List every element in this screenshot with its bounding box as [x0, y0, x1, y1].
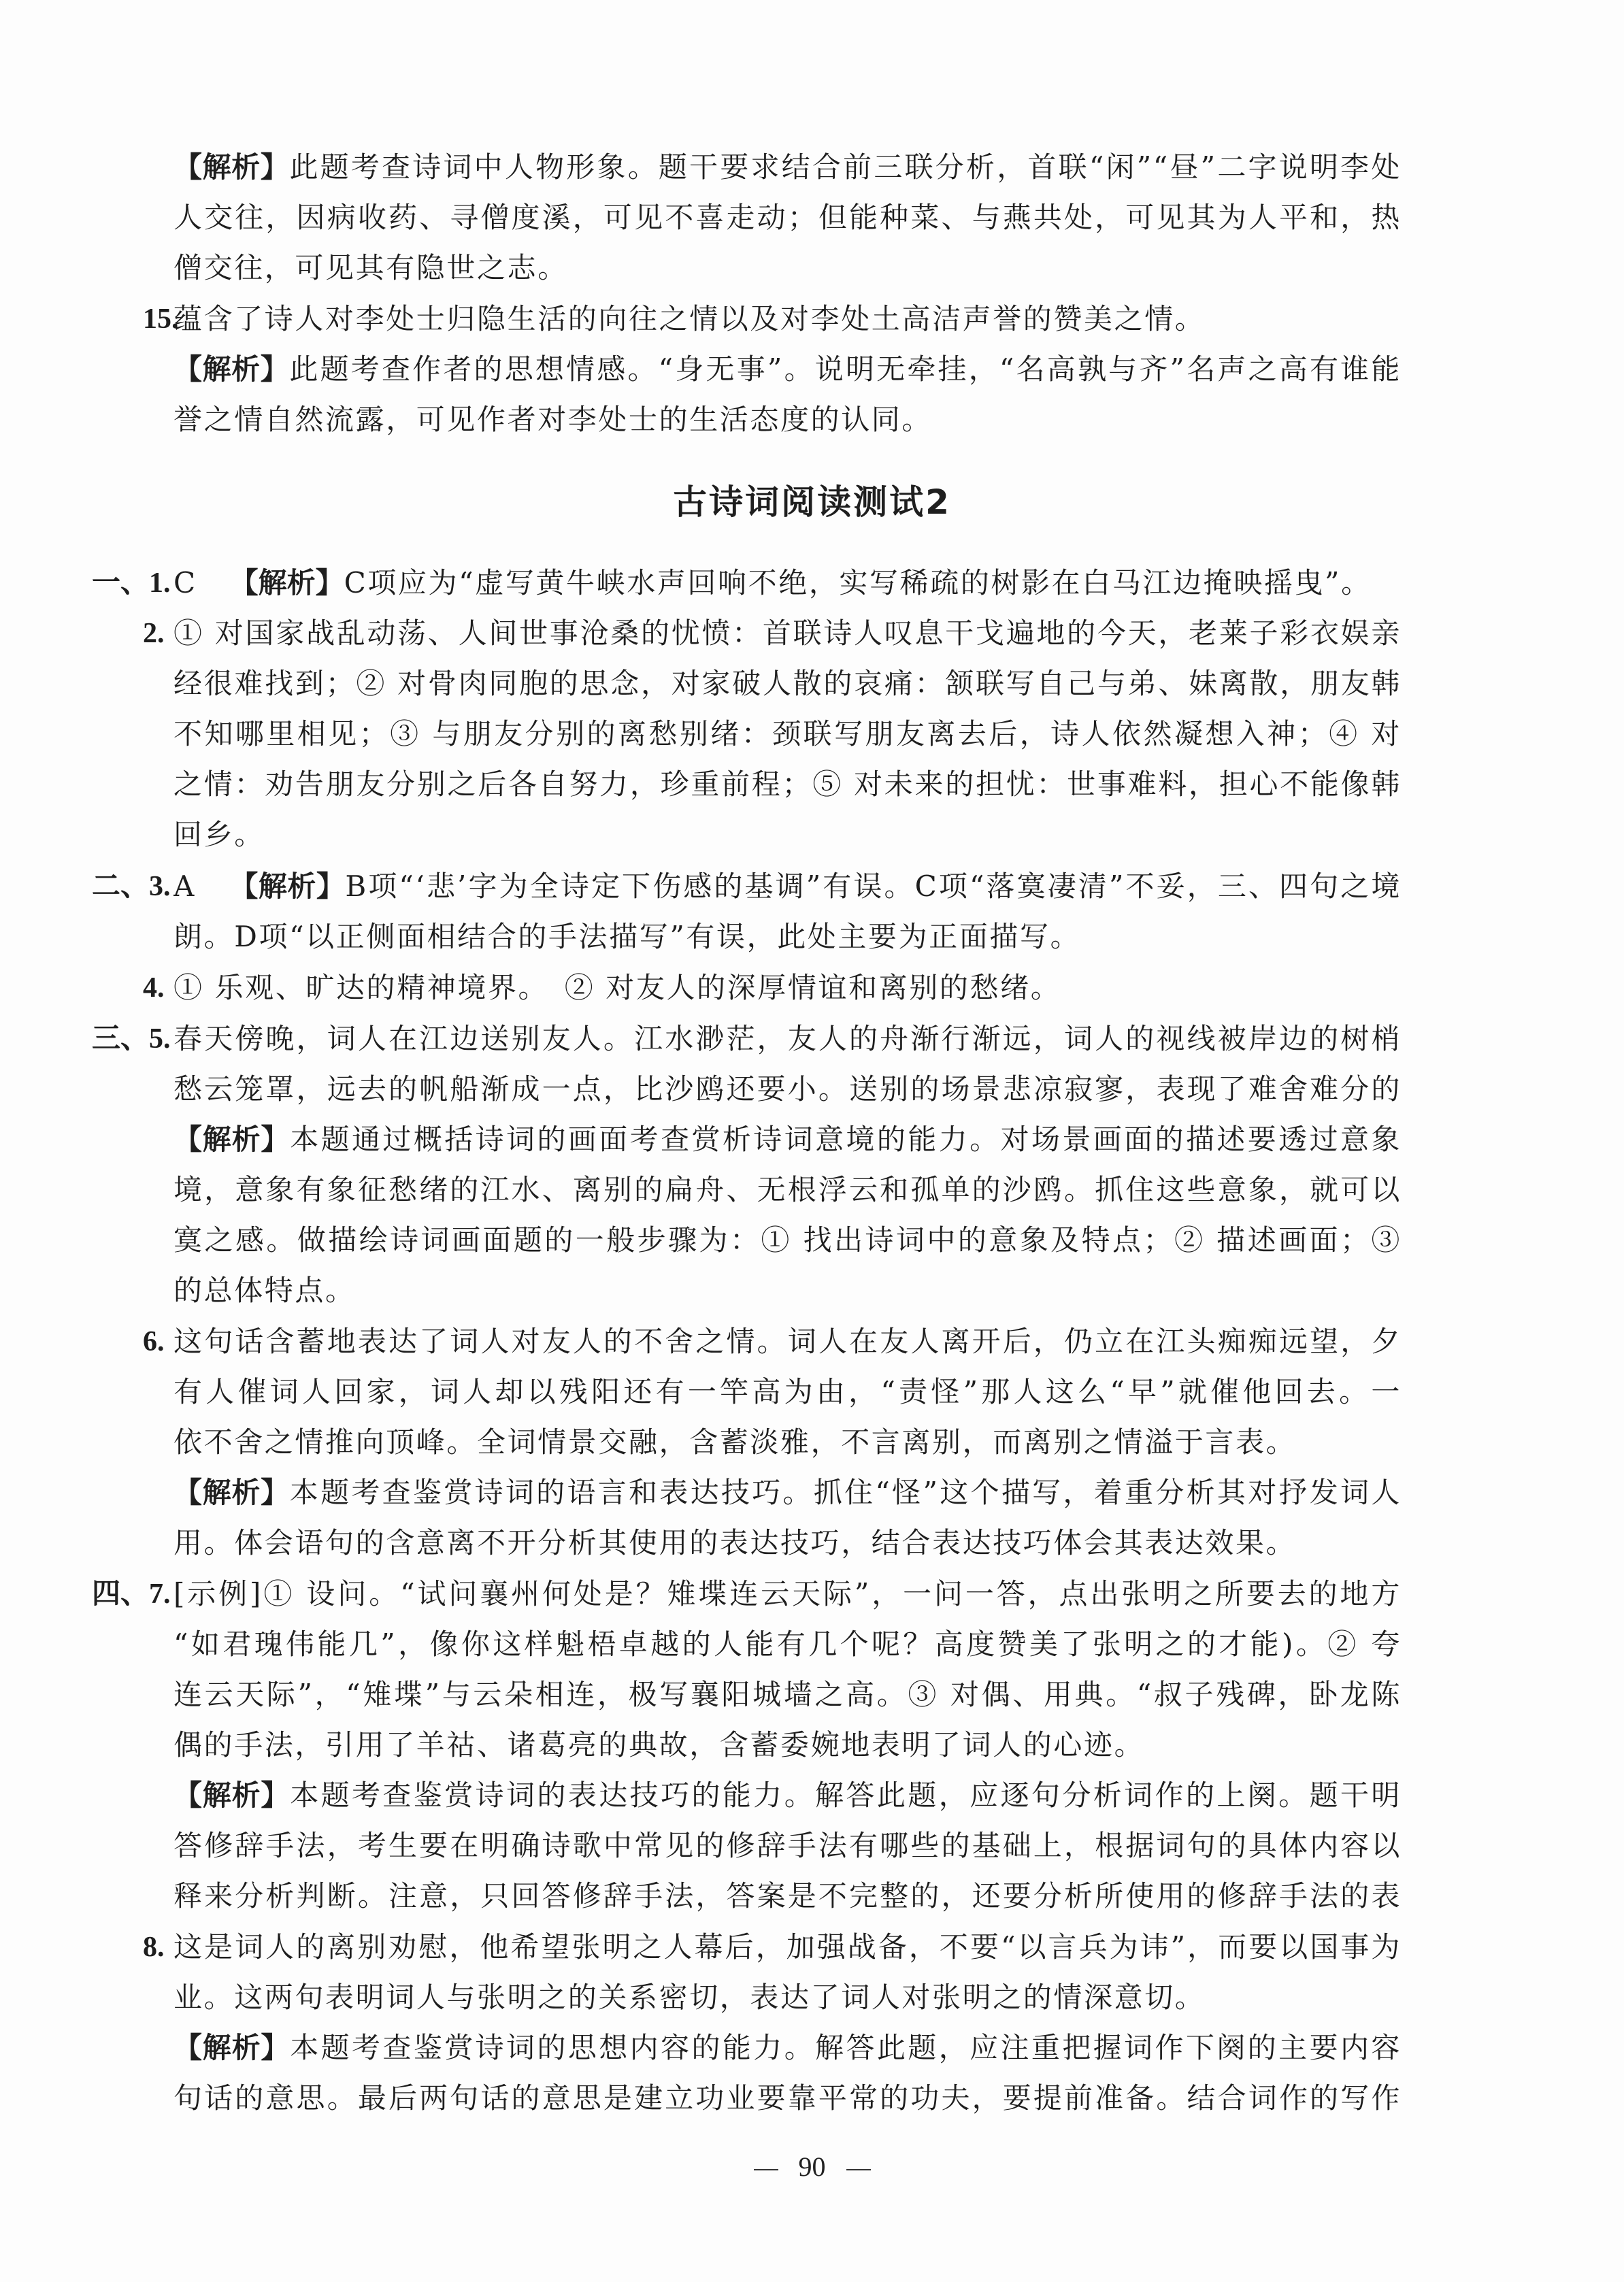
q5-line-2: 愁云笼罩，远去的帆船渐成一点，比沙鸥还要小。送别的场景悲凉寂寥，表现了难舍难分的…: [173, 1070, 1402, 1108]
analysis-tag: 【解析】: [173, 352, 289, 386]
q5-analysis-line-2: 境，意象有象征愁绪的江水、离别的扁舟、无根浮云和孤单的沙鸥。抓住这些意象，就可以…: [173, 1171, 1402, 1209]
q5-analysis-line-1: 【解析】本题通过概括诗词的画面考查赏析诗词意境的能力。对场景画面的描述要透过意象…: [173, 1121, 1402, 1159]
q14-analysis-line-3: 僧交往，可见其有隐世之志。: [173, 249, 568, 287]
q2-line-1: ① 对国家战乱动荡、人间世事沧桑的忧愤：首联诗人叹息干戈遍地的今天，老莱子彩衣娱…: [173, 614, 1402, 652]
dash-right: [846, 2169, 871, 2170]
q15-analysis-line-1: 【解析】此题考查作者的思想情感。“身无事”。说明无牵挂，“名高孰与齐”名声之高有…: [173, 350, 1402, 388]
q7-analysis-line-2: 答修辞手法，考生要在明确诗歌中常见的修辞手法有哪些的基础上，根据词句的具体内容以…: [173, 1827, 1402, 1865]
q3-answer: A: [173, 870, 196, 903]
q1-answer: C: [173, 566, 197, 599]
q2-line-4: 之情：劝告朋友分别之后各自努力，珍重前程；⑤ 对未来的担忧：世事难料，担心不能像…: [173, 765, 1402, 804]
q15-answer: 蕴含了诗人对李处士归隐生活的向往之情以及对李处土高洁声誉的赞美之情。: [173, 300, 1205, 338]
q15-analysis-line-2: 誉之情自然流露，可见作者对李处士的生活态度的认同。: [173, 401, 932, 439]
q7-analysis-line-3: 释来分析判断。注意，只回答修辞手法，答案是不完整的，还要分析所使用的修辞手法的表…: [173, 1877, 1402, 1915]
q6-line-2: 有人催词人回家，词人却以残阳还有一竿高为由，“责怪”那人这么“早”就催他回去。一…: [173, 1373, 1402, 1411]
section-marker-2: 二、3.: [92, 867, 171, 906]
q5-analysis-line-4: 的总体特点。: [173, 1272, 356, 1310]
analysis-tag: 【解析】: [173, 2031, 290, 2064]
page-number: 90: [799, 2151, 826, 2182]
q4-line-1: ① 乐观、旷达的精神境界。 ② 对友人的深厚情谊和离别的愁绪。: [173, 969, 1061, 1007]
q2-line-5: 回乡。: [173, 816, 265, 854]
q2-line-2: 经很难找到；② 对骨肉同胞的思念，对家破人散的哀痛：颔联写自己与弟、妹离散，朋友…: [173, 665, 1402, 703]
q6-analysis-line-1: 【解析】本题考查鉴赏诗词的语言和表达技巧。抓住“怪”这个描写，着重分析其对抒发词…: [173, 1474, 1402, 1512]
analysis-tag: 【解析】: [173, 1123, 290, 1156]
q6-line-3: 依不舍之情推向顶峰。全词情景交融，含蓄淡雅，不言离别，而离别之情溢于言表。: [173, 1423, 1296, 1461]
section-marker-1: 一、1.: [92, 564, 171, 602]
section-marker-3: 三、5.: [92, 1020, 171, 1058]
q8-analysis-line-2: 句话的意思。最后两句话的意思是建立功业要靠平常的功夫，要提前准备。结合词作的写作…: [173, 2079, 1402, 2117]
analysis-tag: 【解析】: [229, 870, 345, 903]
analysis-tag: 【解析】: [173, 1476, 290, 1509]
dash-left: [754, 2169, 778, 2170]
q2-line-3: 不知哪里相见；③ 与朋友分别的离愁别绪：颈联写朋友离去后，诗人依然凝想入神；④ …: [173, 715, 1402, 753]
q3-line-1: A 【解析】B项“‘悲’字为全诗定下伤感的基调”有误。C项“落寞凄清”不妥，三、…: [173, 867, 1402, 906]
document-page: 【解析】此题考查诗词中人物形象。题干要求结合前三联分析，首联“闲”“昼”二字说明…: [0, 0, 1624, 2282]
analysis-tag: 【解析】: [173, 1779, 290, 1812]
q8-line-2: 业。这两句表明词人与张明之的关系密切，表达了词人对张明之的情深意切。: [173, 1979, 1205, 2017]
q3-line-2: 朗。D项“以正侧面相结合的手法描写”有误，此处主要为正面描写。: [173, 918, 1080, 956]
question-number-8: 8.: [143, 1928, 165, 1966]
q7-line-4: 偶的手法，引用了羊祜、诸葛亮的典故，含蓄委婉地表明了词人的心迹。: [173, 1726, 1144, 1764]
q8-line-1: 这是词人的离别劝慰，他希望张明之人幕后，加强战备，不要“以言兵为讳”，而要以国事…: [173, 1928, 1402, 1966]
q5-analysis-line-3: 寞之感。做描绘诗词画面题的一般步骤为：① 找出诗词中的意象及特点；② 描述画面；…: [173, 1221, 1402, 1259]
question-number-4: 4.: [143, 969, 165, 1007]
q7-line-2: “如君瑰伟能几”，像你这样魁梧卓越的人能有几个呢？高度赞美了张明之的才能)。② …: [173, 1625, 1402, 1664]
section-title: 古诗词阅读测试2: [0, 480, 1624, 524]
q6-line-1: 这句话含蓄地表达了词人对友人的不舍之情。词人在友人离开后，仍立在江头痴痴远望，夕…: [173, 1323, 1402, 1361]
q8-analysis-line-1: 【解析】本题考查鉴赏诗词的思想内容的能力。解答此题，应注重把握词作下阕的主要内容…: [173, 2029, 1402, 2067]
q7-line-3: 连云天际”，“雉堞”与云朵相连，极写襄阳城墙之高。③ 对偶、用典。“叔子残碑，卧…: [173, 1676, 1402, 1714]
question-number-6: 6.: [143, 1323, 165, 1361]
section-marker-4: 四、7.: [92, 1575, 171, 1613]
q7-analysis-line-1: 【解析】本题考查鉴赏诗词的表达技巧的能力。解答此题，应逐句分析词作的上阕。题干明…: [173, 1776, 1402, 1815]
q14-analysis-line-2: 人交往，因病收药、寻僧度溪，可见不喜走动；但能种菜、与燕共处，可见其为人平和，热…: [173, 199, 1402, 237]
q6-analysis-line-2: 用。体会语句的含意离不开分析其使用的表达技巧，结合表达技巧体会其表达效果。: [173, 1524, 1296, 1562]
question-number-2: 2.: [143, 614, 165, 652]
analysis-tag: 【解析】: [173, 150, 289, 184]
q5-line-1: 春天傍晚，词人在江边送别友人。江水渺茫，友人的舟渐行渐远，词人的视线被岸边的树梢…: [173, 1020, 1402, 1058]
q7-line-1: [示例]① 设问。“试问襄州何处是？雉堞连云天际”，一问一答，点出张明之所要去的…: [173, 1575, 1402, 1613]
page-footer: 90: [0, 2150, 1624, 2184]
q1-answer-line: C 【解析】C项应为“虚写黄牛峡水声回响不绝，实写稀疏的树影在白马江边掩映摇曳”…: [173, 564, 1372, 602]
analysis-tag: 【解析】: [230, 566, 344, 599]
q14-analysis-line-1: 【解析】此题考查诗词中人物形象。题干要求结合前三联分析，首联“闲”“昼”二字说明…: [173, 148, 1402, 186]
